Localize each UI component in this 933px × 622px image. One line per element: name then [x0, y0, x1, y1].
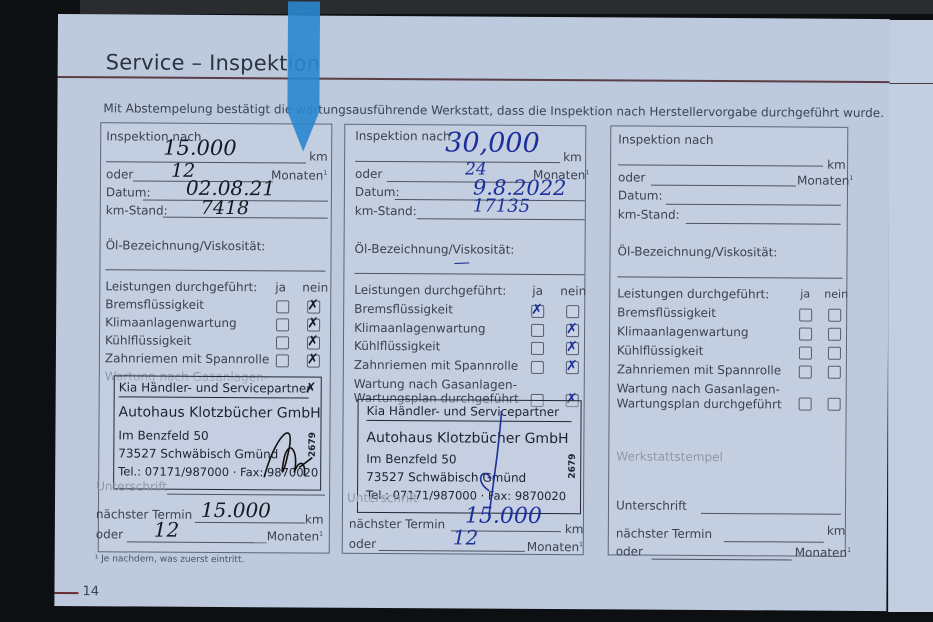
label-unterschrift: Unterschrift	[96, 479, 167, 493]
checkbox-nein[interactable]	[828, 347, 841, 360]
label-km-stand: km-Stand:	[618, 207, 680, 221]
label-unterschrift: Unterschrift	[616, 498, 687, 512]
service-klima: Klimaanlagenwartung	[105, 315, 237, 330]
checkbox-nein[interactable]	[828, 309, 841, 322]
checkbox-ja[interactable]	[531, 342, 544, 355]
ribbon-bookmark	[287, 1, 320, 111]
label-oder: oder	[349, 537, 376, 551]
handwritten-inspektion-km: 15.000	[163, 136, 237, 160]
checkbox-ja[interactable]	[276, 318, 289, 331]
unit-km: km	[305, 513, 324, 527]
stamp-line-1: Kia Händler- und Servicepartner	[119, 380, 312, 395]
background-fabric	[80, 0, 933, 14]
stamp-code: 2679	[568, 454, 578, 479]
checkbox-nein[interactable]	[828, 366, 841, 379]
label-oel: Öl-Bezeichnung/Viskosität:	[618, 244, 778, 259]
service-gasanlagen: Wartung nach Gasanlagen-	[617, 381, 780, 396]
column-nein: nein	[302, 280, 328, 294]
checkbox-nein[interactable]	[566, 305, 579, 318]
label-datum: Datum:	[106, 185, 151, 199]
unit-km: km	[827, 158, 846, 172]
signature	[254, 417, 314, 487]
label-unterschrift: Unterschrift	[347, 491, 418, 505]
service-klima: Klimaanlagenwartung	[354, 321, 486, 336]
label-oder: oder	[106, 167, 133, 181]
handwritten-km-stand: 17135	[473, 196, 530, 217]
right-facing-page	[888, 20, 933, 612]
inspection-card-1: Inspektion nach km 15.000 oder Monaten1 …	[98, 122, 333, 553]
column-ja: ja	[532, 284, 543, 298]
column-ja: ja	[275, 280, 286, 294]
title-divider	[58, 76, 890, 83]
label-oder: oder	[96, 527, 123, 541]
checkbox-ja[interactable]	[531, 324, 544, 337]
check-mark-icon: ✗	[307, 301, 319, 312]
label-naechster-termin: nächster Termin	[616, 526, 712, 541]
label-inspektion-nach: Inspektion nach	[355, 129, 450, 144]
ribbon-bookmark-tip	[287, 111, 319, 151]
check-mark-icon: ✗	[307, 355, 319, 366]
unit-km: km	[827, 524, 846, 538]
page-number-rule	[54, 592, 78, 594]
checkbox-ja[interactable]	[799, 398, 812, 411]
label-leistungen: Leistungen durchgeführt:	[617, 286, 769, 301]
handwritten-oel: /	[453, 256, 472, 270]
label-werkstattstempel: Werkstattstempel	[616, 449, 723, 464]
label-leistungen: Leistungen durchgeführt:	[354, 283, 506, 298]
handwritten-naechster-km: 15.000	[201, 498, 271, 522]
label-inspektion-nach: Inspektion nach	[618, 132, 713, 147]
service-bremsfluessigkeit: Bremsflüssigkeit	[105, 297, 204, 312]
service-zahnriemen: Zahnriemen mit Spannrolle	[105, 351, 269, 366]
unit-monaten: Monaten1	[797, 174, 853, 188]
unit-monaten: Monaten1	[795, 546, 851, 560]
service-kuehl: Kühlflüssigkeit	[105, 333, 191, 348]
unit-km: km	[565, 522, 584, 536]
stamp-street: Im Benzfeld 50	[366, 452, 456, 467]
check-mark-icon: ✗	[566, 324, 578, 335]
check-mark-icon: ✗	[566, 361, 578, 372]
label-datum: Datum:	[355, 185, 400, 199]
stamp-street: Im Benzfeld 50	[118, 428, 208, 443]
footnote: ¹ Je nachdem, was zuerst eintritt.	[95, 554, 245, 565]
check-mark-icon: ✗	[307, 337, 319, 348]
checkbox-ja[interactable]	[799, 347, 812, 360]
checkbox-ja[interactable]	[531, 361, 544, 374]
handwritten-naechster-monate: 12	[453, 525, 479, 549]
check-mark-icon: ✗	[566, 342, 578, 353]
service-gasanlagen-2: Wartungsplan durchgeführt	[617, 396, 782, 411]
label-leistungen: Leistungen durchgeführt:	[105, 279, 257, 294]
service-klima: Klimaanlagenwartung	[617, 324, 749, 339]
service-zahnriemen: Zahnriemen mit Spannrolle	[617, 362, 781, 377]
checkbox-nein[interactable]	[828, 328, 841, 341]
check-mark-icon: ✗	[305, 384, 317, 395]
checkbox-ja[interactable]	[799, 366, 812, 379]
label-oel: Öl-Bezeichnung/Viskosität:	[355, 242, 515, 257]
checkbox-nein[interactable]	[828, 398, 841, 411]
label-oel: Öl-Bezeichnung/Viskosität:	[106, 238, 266, 253]
page-number: 14	[82, 584, 99, 599]
service-kuehl: Kühlflüssigkeit	[617, 343, 703, 358]
checkbox-ja[interactable]	[799, 309, 812, 322]
service-gasanlagen: Wartung nach Gasanlagen-	[354, 377, 517, 392]
unit-km: km	[309, 150, 328, 164]
inspection-card-2: Inspektion nach km 30,000 oder Monaten1 …	[342, 124, 587, 555]
column-nein: nein	[560, 284, 586, 298]
service-booklet-page: Service – Inspektion Mit Abstempelung be…	[54, 14, 890, 611]
unit-monaten: Monaten1	[527, 540, 583, 554]
column-nein: nein	[824, 288, 848, 301]
inspection-card-3: Inspektion nach km oder Monaten1 Datum: …	[608, 125, 849, 556]
label-km-stand: km-Stand:	[355, 204, 417, 218]
intro-text: Mit Abstempelung bestätigt die wartungsa…	[103, 101, 884, 120]
handwritten-km-stand: 7418	[201, 197, 249, 219]
column-ja: ja	[800, 288, 810, 301]
label-oder: oder	[355, 167, 382, 181]
dealer-stamp: Kia Händler- und Servicepartner Autohaus…	[113, 375, 322, 490]
checkbox-ja[interactable]	[276, 354, 289, 367]
label-naechster-termin: nächster Termin	[349, 517, 445, 532]
checkbox-ja[interactable]	[276, 300, 289, 313]
check-mark-icon: ✗	[531, 305, 543, 316]
handwritten-naechster-monate: 12	[154, 518, 180, 542]
label-oder: oder	[616, 544, 643, 558]
service-bremsfluessigkeit: Bremsflüssigkeit	[354, 302, 453, 317]
check-mark-icon: ✗	[307, 319, 319, 330]
unit-monaten: Monaten1	[271, 168, 327, 182]
checkbox-ja[interactable]	[276, 336, 289, 349]
service-zahnriemen: Zahnriemen mit Spannrolle	[354, 358, 518, 373]
label-oder: oder	[618, 170, 645, 184]
service-kuehl: Kühlflüssigkeit	[354, 339, 440, 354]
service-bremsfluessigkeit: Bremsflüssigkeit	[617, 305, 716, 320]
label-datum: Datum:	[618, 188, 663, 202]
handwritten-inspektion-km: 30,000	[445, 127, 540, 159]
checkbox-ja[interactable]	[799, 328, 812, 341]
label-km-stand: km-Stand:	[106, 203, 168, 217]
unit-monaten: Monaten1	[267, 529, 323, 543]
unit-km: km	[563, 150, 582, 164]
